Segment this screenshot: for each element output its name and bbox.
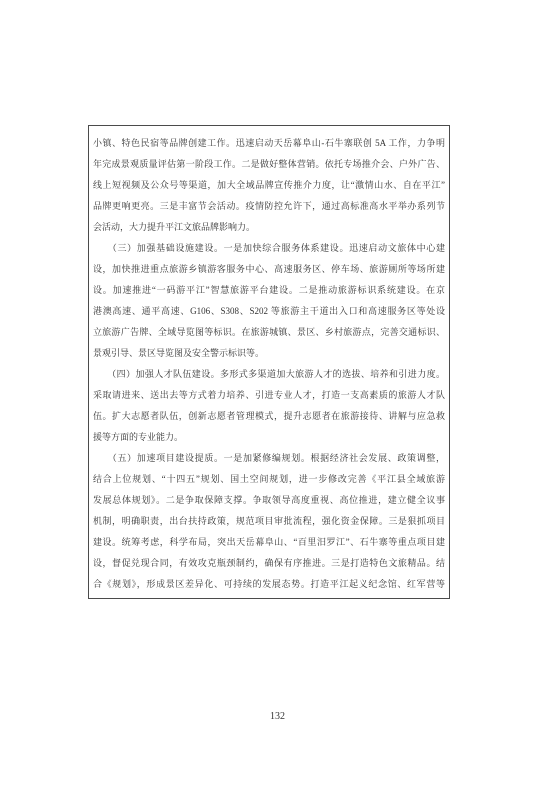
text-line: 年完成景观质量评估第一阶段工作。二是做好整体营销。依托专场推介会、户外广告、 [93,154,445,175]
text-line: 品牌更响更亮。三是丰富节会活动。疫情防控允许下，通过高标准高水平举办系列节 [93,196,445,217]
text-line: 结合上位规划、“十四五”规划、国土空间规划，进一步修改完善《平江县全域旅游 [93,469,445,490]
text-line: 设，督促兑现合同，有效攻克瓶颈制约，确保有序推进。三是打造特色文旅精品。结 [93,553,445,574]
text-line: 港澳高速、通平高速、G106、S308、S202 等旅游主干道出入口和高速服务区… [93,301,445,322]
text-line: 设，加快推进重点旅游乡镇游客服务中心、高速服务区、停车场、旅游厕所等场所建 [93,259,445,280]
page-number: 132 [0,711,555,722]
document-text-box: 小镇、特色民宿等品牌创建工作。迅速启动天岳幕阜山-石牛寨联创 5A 工作，力争明… [88,125,450,599]
text-line: 小镇、特色民宿等品牌创建工作。迅速启动天岳幕阜山-石牛寨联创 5A 工作，力争明 [93,133,445,154]
text-line: 线上短视频及公众号等渠道，加大全域品牌宣传推介力度，让“激情山水、自在平江” [93,175,445,196]
text-line: 机制，明确职责，出台扶持政策，规范项目审批流程，强化资金保障。三是狠抓项目 [93,511,445,532]
text-line: 发展总体规划》。二是争取保障支撑。争取领导高度重视、高位推进，建立健全议事 [93,490,445,511]
text-line: 建设。统筹考虑，科学布局，突出天岳幕阜山、“百里汨罗江”、石牛寨等重点项目建 [93,532,445,553]
text-line: （四）加强人才队伍建设。多形式多渠道加大旅游人才的选拔、培养和引进力度。 [93,364,445,385]
text-line: （五）加速项目建设提质。一是加紧修编规划。根据经济社会发展、政策调整， [93,448,445,469]
text-line: （三）加强基础设施建设。一是加快综合服务体系建设。迅速启动文旅体中心建 [93,238,445,259]
text-line: 景观引导、景区导览图及安全警示标识等。 [93,343,445,364]
text-line: 合《规划》，形成景区差异化、可持续的发展态势。打造平江起义纪念馆、红军营等 [93,574,445,595]
text-line: 会活动，大力提升平江文旅品牌影响力。 [93,217,445,238]
text-line: 援等方面的专业能力。 [93,427,445,448]
text-line: 设。加速推进“一码游平江”智慧旅游平台建设。二是推动旅游标识系统建设。在京 [93,280,445,301]
text-line: 立旅游广告牌、全域导览图等标识。在旅游城镇、景区、乡村旅游点，完善交通标识、 [93,322,445,343]
text-line: 采取请进来、送出去等方式着力培养、引进专业人才，打造一支高素质的旅游人才队 [93,385,445,406]
text-line: 伍。扩大志愿者队伍，创新志愿者管理模式，提升志愿者在旅游接待、讲解与应急救 [93,406,445,427]
